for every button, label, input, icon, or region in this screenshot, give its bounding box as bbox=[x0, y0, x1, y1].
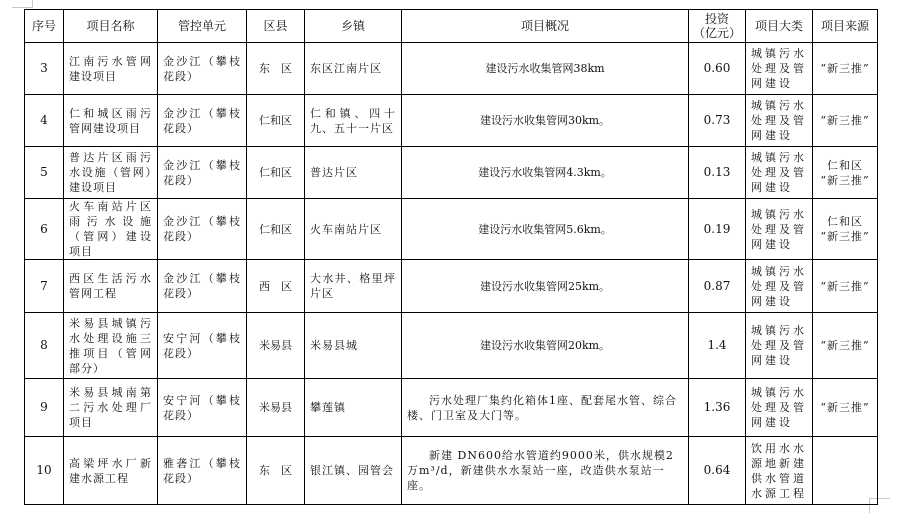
cell-unit: 金沙江（攀枝花段） bbox=[158, 260, 247, 313]
header-invest-line1: 投资 bbox=[691, 12, 743, 26]
cell-unit: 金沙江（攀枝花段） bbox=[158, 43, 247, 95]
header-county: 区县 bbox=[247, 10, 305, 43]
cell-source: “新三推” bbox=[813, 313, 878, 379]
cell-name: 仁和城区雨污管网建设项目 bbox=[64, 95, 158, 147]
cell-county: 西 区 bbox=[247, 260, 305, 313]
cell-county: 米易县 bbox=[247, 313, 305, 379]
cell-unit: 安宁河（攀枝花段） bbox=[158, 379, 247, 437]
cell-town: 东区江南片区 bbox=[305, 43, 402, 95]
cell-town: 攀莲镇 bbox=[305, 379, 402, 437]
table-row: 7 西区生活污水管网工程 金沙江（攀枝花段） 西 区 大水井、格里坪片区 建设污… bbox=[25, 260, 878, 313]
cell-no: 8 bbox=[25, 313, 64, 379]
cell-invest: 0.60 bbox=[689, 43, 746, 95]
table-row: 10 高梁坪水厂新建水源工程 雅砻江（攀枝花段） 东 区 银江镇、园管会 新建 … bbox=[25, 437, 878, 505]
cell-category: 城镇污水处理及管网建设 bbox=[746, 379, 813, 437]
cell-no: 9 bbox=[25, 379, 64, 437]
cell-overview: 建设污水收集管网30km。 bbox=[402, 95, 689, 147]
cell-town: 银江镇、园管会 bbox=[305, 437, 402, 505]
cell-no: 4 bbox=[25, 95, 64, 147]
cell-name: 江南污水管网建设项目 bbox=[64, 43, 158, 95]
cell-unit: 雅砻江（攀枝花段） bbox=[158, 437, 247, 505]
cell-county: 东 区 bbox=[247, 437, 305, 505]
cell-county: 米易县 bbox=[247, 379, 305, 437]
cell-overview: 建设污水收集管网5.6km。 bbox=[402, 199, 689, 260]
cell-category: 城镇污水处理及管网建设 bbox=[746, 95, 813, 147]
header-overview: 项目概况 bbox=[402, 10, 689, 43]
cell-category: 城镇污水处理及管网建设 bbox=[746, 43, 813, 95]
cell-overview: 建设污水收集管网20km。 bbox=[402, 313, 689, 379]
cell-source: “新三推” bbox=[813, 95, 878, 147]
cell-name: 火车南站片区雨污水设施（管网）建设项目 bbox=[64, 199, 158, 260]
cell-name: 米易县城镇污水处理设施三推项目（管网部分） bbox=[64, 313, 158, 379]
header-town: 乡镇 bbox=[305, 10, 402, 43]
cell-overview: 建设污水收集管网25km。 bbox=[402, 260, 689, 313]
cell-invest: 0.64 bbox=[689, 437, 746, 505]
cell-category: 城镇污水处理及管网建设 bbox=[746, 260, 813, 313]
cell-source: 仁和区“新三推” bbox=[813, 147, 878, 199]
page-corner-mark-top-left bbox=[12, 0, 33, 8]
table-row: 9 米易县城南第二污水处理厂项目 安宁河（攀枝花段） 米易县 攀莲镇 污水处理厂… bbox=[25, 379, 878, 437]
header-source: 项目来源 bbox=[813, 10, 878, 43]
table-row: 8 米易县城镇污水处理设施三推项目（管网部分） 安宁河（攀枝花段） 米易县 米易… bbox=[25, 313, 878, 379]
header-invest-line2: （亿元） bbox=[691, 26, 743, 40]
cell-source: “新三推” bbox=[813, 260, 878, 313]
cell-unit: 安宁河（攀枝花段） bbox=[158, 313, 247, 379]
cell-town: 仁和镇、四十九、五十一片区 bbox=[305, 95, 402, 147]
cell-source: “新三推” bbox=[813, 43, 878, 95]
cell-invest: 0.87 bbox=[689, 260, 746, 313]
cell-source bbox=[813, 437, 878, 505]
cell-town: 普达片区 bbox=[305, 147, 402, 199]
cell-name: 高梁坪水厂新建水源工程 bbox=[64, 437, 158, 505]
cell-overview: 建设污水收集管网38km bbox=[402, 43, 689, 95]
cell-category: 城镇污水处理及管网建设 bbox=[746, 199, 813, 260]
table-row: 6 火车南站片区雨污水设施（管网）建设项目 金沙江（攀枝花段） 仁和区 火车南站… bbox=[25, 199, 878, 260]
header-unit: 管控单元 bbox=[158, 10, 247, 43]
cell-county: 仁和区 bbox=[247, 95, 305, 147]
cell-no: 10 bbox=[25, 437, 64, 505]
cell-overview: 污水处理厂集约化箱体1座、配套尾水管、综合楼、门卫室及大门等。 bbox=[402, 379, 689, 437]
cell-unit: 金沙江（攀枝花段） bbox=[158, 199, 247, 260]
header-invest: 投资 （亿元） bbox=[689, 10, 746, 43]
cell-source: “新三推” bbox=[813, 379, 878, 437]
cell-invest: 0.73 bbox=[689, 95, 746, 147]
table-header-row: 序号 项目名称 管控单元 区县 乡镇 项目概况 投资 （亿元） 项目大类 项目来… bbox=[25, 10, 878, 43]
cell-invest: 1.36 bbox=[689, 379, 746, 437]
cell-invest: 1.4 bbox=[689, 313, 746, 379]
cell-no: 3 bbox=[25, 43, 64, 95]
cell-name: 米易县城南第二污水处理厂项目 bbox=[64, 379, 158, 437]
cell-category: 城镇污水处理及管网建设 bbox=[746, 313, 813, 379]
table-row: 4 仁和城区雨污管网建设项目 金沙江（攀枝花段） 仁和区 仁和镇、四十九、五十一… bbox=[25, 95, 878, 147]
cell-overview: 建设污水收集管网4.3km。 bbox=[402, 147, 689, 199]
project-table: 序号 项目名称 管控单元 区县 乡镇 项目概况 投资 （亿元） 项目大类 项目来… bbox=[24, 9, 878, 505]
table-row: 5 普达片区雨污水设施（管网）建设项目 金沙江（攀枝花段） 仁和区 普达片区 建… bbox=[25, 147, 878, 199]
cell-invest: 0.19 bbox=[689, 199, 746, 260]
cell-source: 仁和区“新三推” bbox=[813, 199, 878, 260]
cell-overview: 新建 DN600给水管道约9000米，供水规模2万m³/d，新建供水水泵站一座，… bbox=[402, 437, 689, 505]
cell-category: 饮用水水源地新建供水管道水源工程 bbox=[746, 437, 813, 505]
header-no: 序号 bbox=[25, 10, 64, 43]
cell-town: 火车南站片区 bbox=[305, 199, 402, 260]
cell-county: 仁和区 bbox=[247, 199, 305, 260]
cell-invest: 0.13 bbox=[689, 147, 746, 199]
cell-no: 5 bbox=[25, 147, 64, 199]
cell-no: 6 bbox=[25, 199, 64, 260]
cell-unit: 金沙江（攀枝花段） bbox=[158, 95, 247, 147]
table-row: 3 江南污水管网建设项目 金沙江（攀枝花段） 东 区 东区江南片区 建设污水收集… bbox=[25, 43, 878, 95]
cell-town: 大水井、格里坪片区 bbox=[305, 260, 402, 313]
cell-county: 仁和区 bbox=[247, 147, 305, 199]
header-category: 项目大类 bbox=[746, 10, 813, 43]
cell-name: 普达片区雨污水设施（管网）建设项目 bbox=[64, 147, 158, 199]
cell-unit: 金沙江（攀枝花段） bbox=[158, 147, 247, 199]
cell-county: 东 区 bbox=[247, 43, 305, 95]
cell-name: 西区生活污水管网工程 bbox=[64, 260, 158, 313]
cell-town: 米易县城 bbox=[305, 313, 402, 379]
cell-category: 城镇污水处理及管网建设 bbox=[746, 147, 813, 199]
cell-no: 7 bbox=[25, 260, 64, 313]
header-name: 项目名称 bbox=[64, 10, 158, 43]
